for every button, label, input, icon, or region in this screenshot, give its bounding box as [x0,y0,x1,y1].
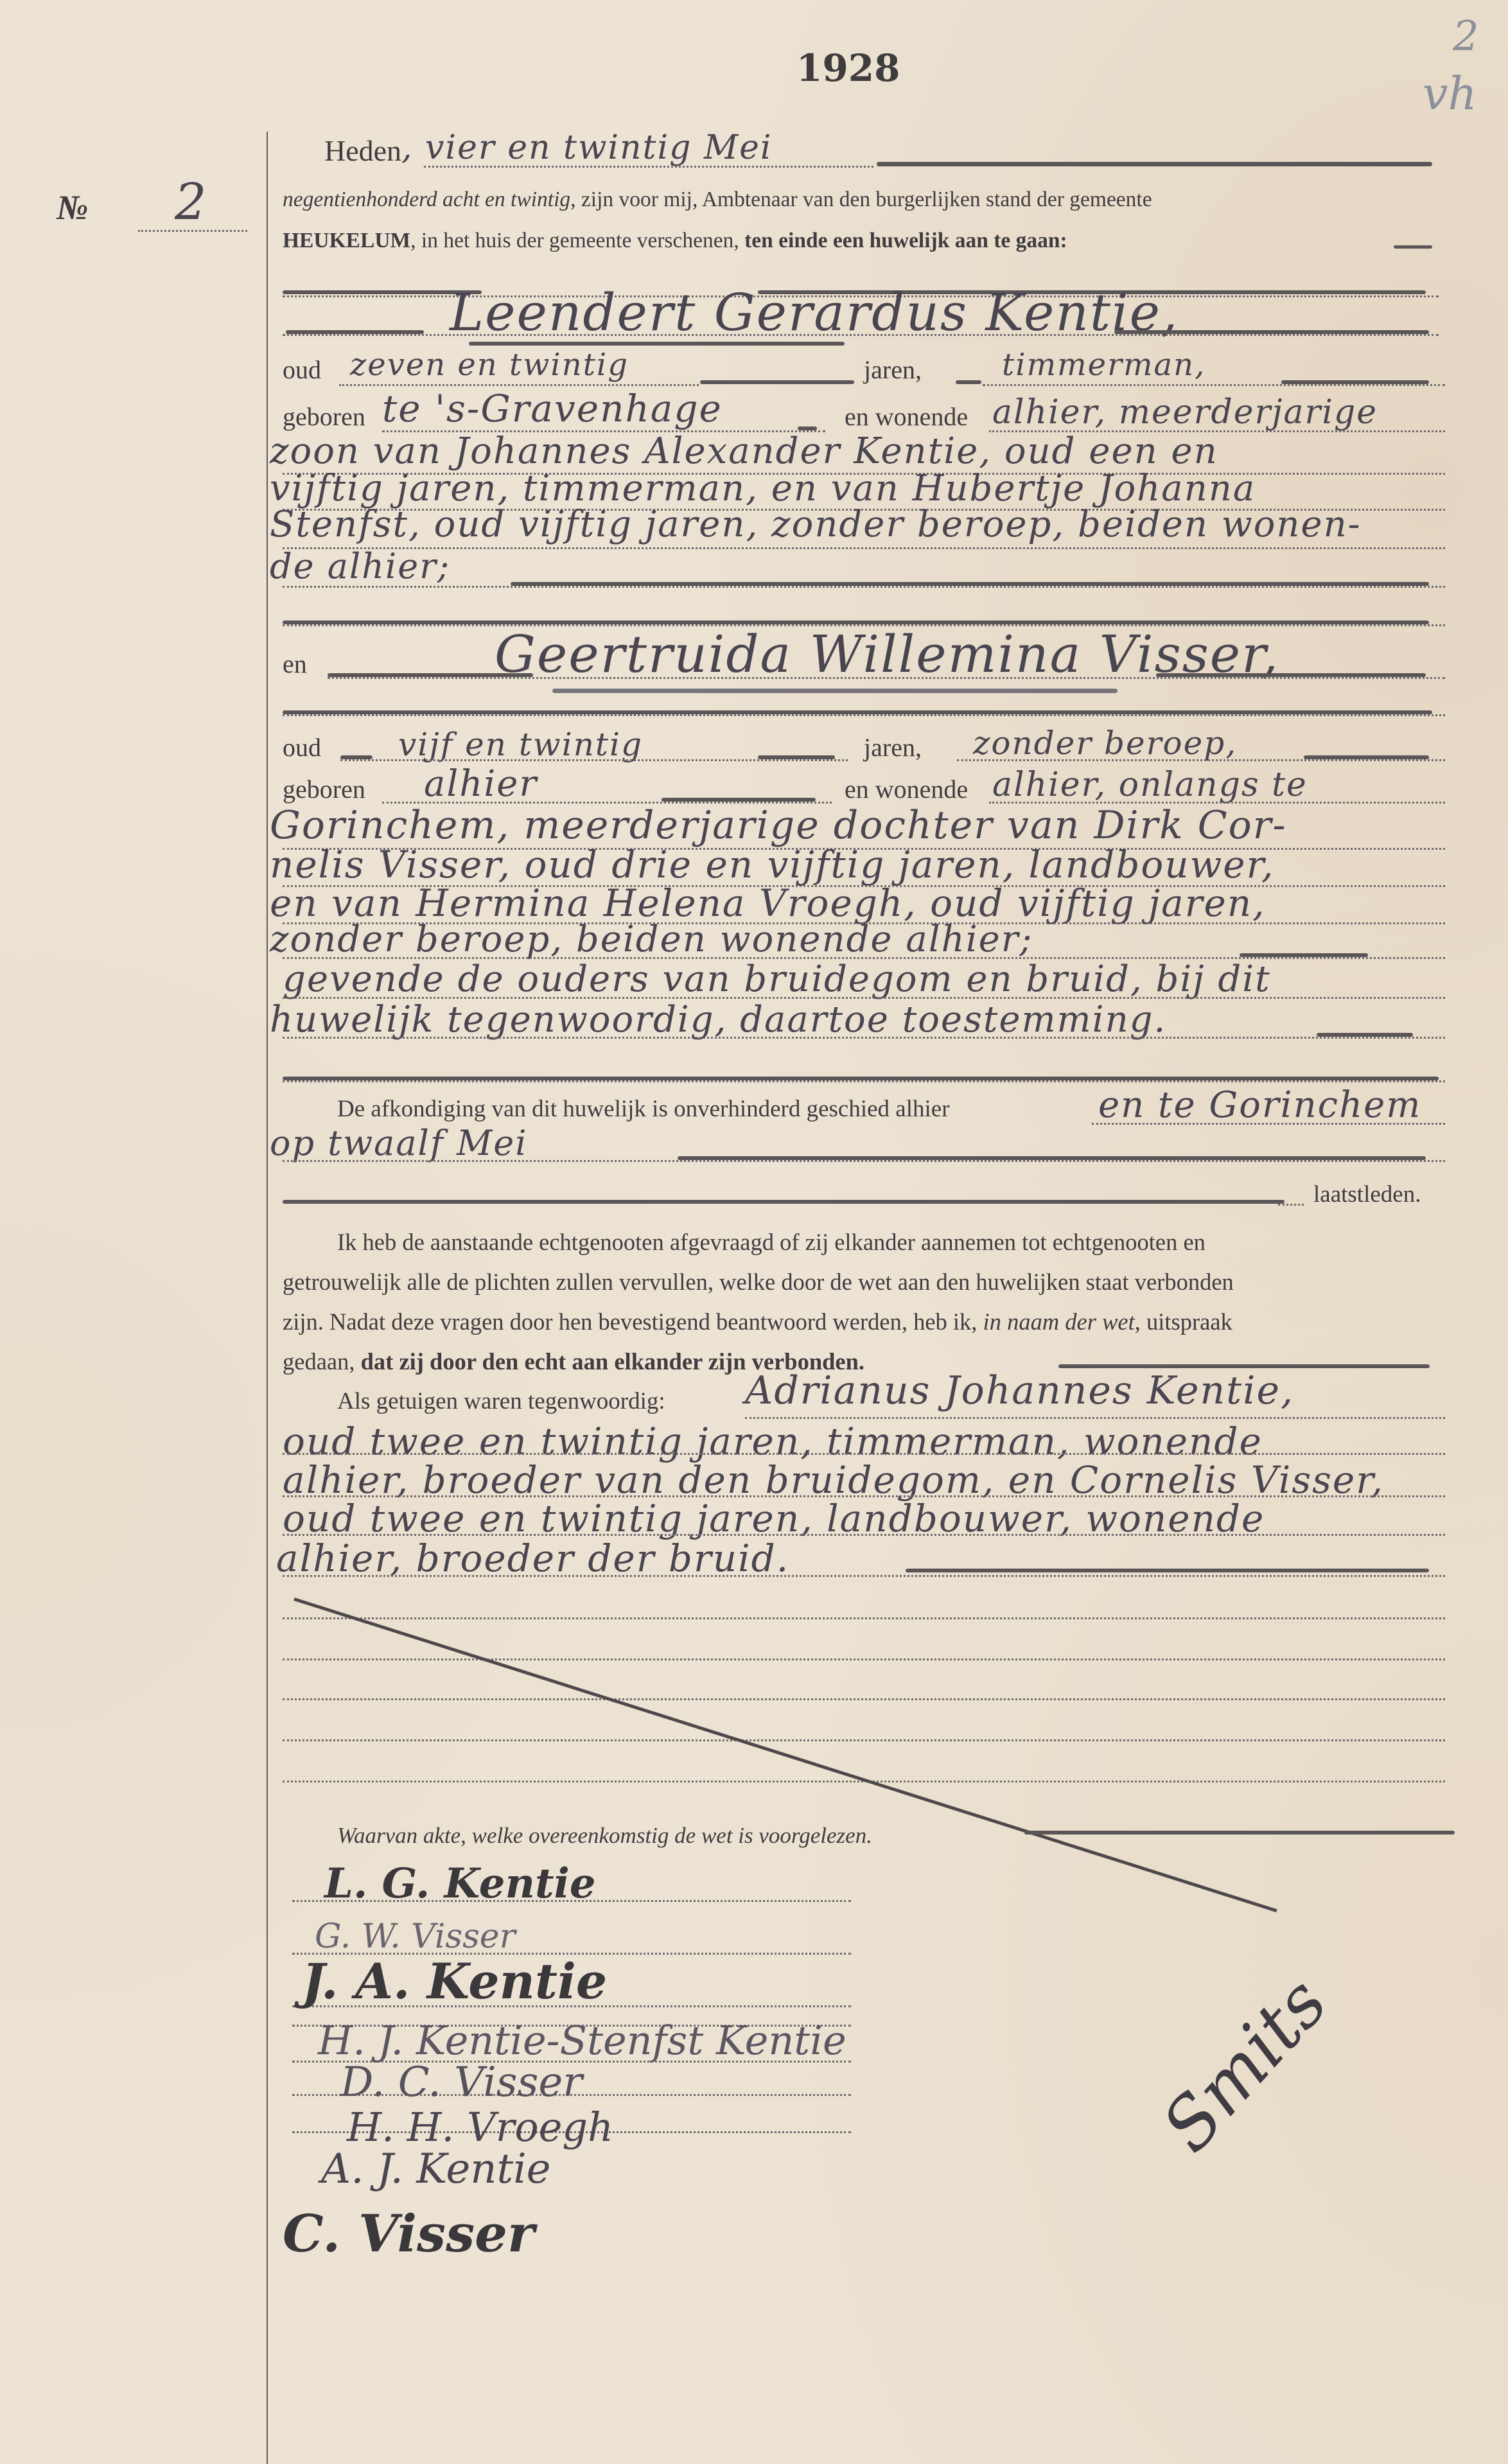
bride-name-rule-right [1156,673,1426,677]
act-number: 2 [175,173,208,231]
bride-age-dotted [340,759,848,761]
proclamation-place: en te Gorinchem [1098,1084,1421,1126]
groom-name-underline [469,342,845,346]
closing-statement: Waarvan akte, welke overeenkomstig de we… [337,1823,872,1849]
bride-oud-label: oud [283,732,321,762]
declaration-line-4a: gedaan, [283,1348,355,1375]
groom-cont-dotted-3 [283,547,1445,549]
groom-age-rule [700,380,854,384]
witnesses-label: Als getuigen waren tegenwoordig: [337,1387,665,1415]
groom-oud-label: oud [283,355,321,385]
act-number-label: № [57,188,88,227]
blank-line-1 [283,1617,1445,1619]
groom-occ-rule-left [956,380,981,384]
signature-witness-2: A. J. Kentie [321,2145,551,2193]
groom-occ-rule-right [1281,380,1429,384]
preamble-line-2: negentienhonderd acht en twintig, zijn v… [283,188,1152,212]
bride-birthplace-rule [662,798,816,802]
bride-second-dotted [283,714,1445,716]
blank-line-3 [283,1698,1445,1700]
bride-continuation-line-5: gevende de ouders van bruidegom en bruid… [283,958,1271,1000]
blank-line-2 [283,1659,1445,1660]
bride-name-dotted [328,677,1445,679]
signature-bride-mother: H. H. Vroegh [347,2104,613,2151]
bride-occ-rule-right [1304,755,1429,759]
groom-occ-dotted [983,384,1445,386]
groom-wonende-label: en wonende [845,401,968,432]
groom-age: zeven en twintig [350,347,629,383]
proclamation-dotted-3 [1278,1204,1304,1206]
bride-age: vijf en twintig [398,726,643,763]
margin-annotation-number: 2 [1453,13,1479,60]
bride-occ-dotted [957,759,1445,761]
closing-rule [1024,1831,1455,1835]
signature-witness-1: J. A. Kentie [302,1953,607,2010]
groom-age-dotted [339,384,699,386]
signature-witness-3: C. Visser [283,2203,534,2264]
date-line-filler [877,162,1432,166]
groom-name-dotted [283,334,1439,336]
witness-line-1: Adrianus Johannes Kentie, [745,1368,1294,1413]
bride-continuation-line-2: nelis Visser, oud drie en vijftig jaren,… [270,843,1274,886]
witness-dotted-5 [283,1575,1445,1577]
bride-birthplace: alhier [424,763,538,805]
margin-annotation-initials: vh [1423,67,1477,120]
preamble-line-2-rest: , zijn voor mij, Ambtenaar van den burge… [570,188,1152,211]
groom-occupation: timmerman, [1002,347,1206,383]
groom-birthplace: te 's-Gravenhage [382,387,723,430]
bride-continuation-line-1: Gorinchem, meerderjarige dochter van Dir… [270,803,1287,848]
bride-en-label: en [283,649,307,679]
date-line-dotted [424,166,873,168]
bride-end-dotted [283,1080,1445,1082]
witness-line-2: oud twee en twintig jaren, timmerman, wo… [283,1420,1263,1463]
bride-continuation-line-6: huwelijk tegenwoordig, daartoe toestemmi… [270,999,1166,1041]
bride-jaren-label: jaren, [864,732,922,762]
witness-line-5: alhier, broeder der bruid. [276,1536,789,1580]
laatstleden-label: laatstleden. [1313,1181,1421,1208]
groom-continuation-line-4: de alhier; [270,546,450,586]
groom-continuation-line-3: Stenfst, oud vijftig jaren, zonder beroe… [270,504,1362,545]
bride-wonende-label: en wonende [845,774,968,804]
signature-groom: L. G. Kentie [324,1860,596,1908]
proclamation-rule-3 [283,1200,1284,1204]
bride-cont-dotted-6 [283,1037,1445,1039]
groom-end-dotted [283,586,1445,588]
witness-dotted-2 [283,1453,1445,1455]
bride-continuation-line-4: zonder beroep, beiden wonende alhier; [270,919,1033,960]
margin-divider [267,132,268,2464]
heden-label: Heden [324,134,401,168]
bride-geboren-label: geboren [283,774,365,804]
blank-line-4 [283,1739,1445,1741]
municipality-name: HEUKELUM [283,229,410,252]
groom-continuation-line-1: zoon van Johannes Alexander Kentie, oud … [270,430,1218,472]
proclamation-text: De afkondiging van dit huwelijk is onver… [337,1095,950,1123]
proclamation-dotted-2 [283,1160,1445,1162]
declaration-line-3a: zijn. Nadat deze vragen door hen bevesti… [283,1308,977,1335]
preamble-line-3: HEUKELUM, in het huis der gemeente versc… [283,229,1067,253]
declaration-line-1: Ik heb de aanstaande echtgenooten afgevr… [337,1228,1206,1256]
marriage-date: , vier en twintig Mei [401,128,773,167]
groom-residence: alhier, meerderjarige [992,393,1378,432]
groom-jaren-label: jaren, [864,355,922,385]
bride-age-rule-right [758,755,835,759]
proclamation-date: op twaalf Mei [270,1123,528,1163]
bride-residence: alhier, onlangs te [992,766,1308,804]
witness-dotted-1 [745,1417,1445,1419]
declaration-in-naam-der-wet: in naam der wet [983,1308,1135,1335]
signature-official: Smits [1146,1962,1343,2167]
preamble-end-rule [1394,245,1432,249]
groom-geboren-label: geboren [283,401,365,432]
witness-end-rule [906,1569,1429,1572]
preamble-year-words: negentienhonderd acht en twintig [283,188,570,211]
signature-bride-father: D. C. Visser [340,2059,583,2106]
signature-bride: G. W. Visser [315,1917,515,1956]
preamble-line-3-rest: , in het huis der gemeente verschenen, [410,229,739,252]
bride-name-underline [552,689,1118,693]
witness-dotted-4 [283,1534,1445,1536]
proclamation-dotted-1 [1092,1123,1445,1125]
declaration-line-2: getrouwelijk alle de plichten zullen ver… [283,1268,1234,1296]
signature-groom-mother: H. J. Kentie-Stenfst Kentie [318,2017,846,2064]
bride-occupation: zonder beroep, [973,725,1237,762]
document-year: 1928 [796,46,900,90]
declaration-line-3b: , uitspraak [1135,1308,1232,1335]
declaration-line-3: zijn. Nadat deze vragen door hen bevesti… [283,1308,1232,1335]
act-number-line [138,230,247,232]
preamble-purpose: ten einde een huwelijk aan te gaan: [744,229,1067,252]
